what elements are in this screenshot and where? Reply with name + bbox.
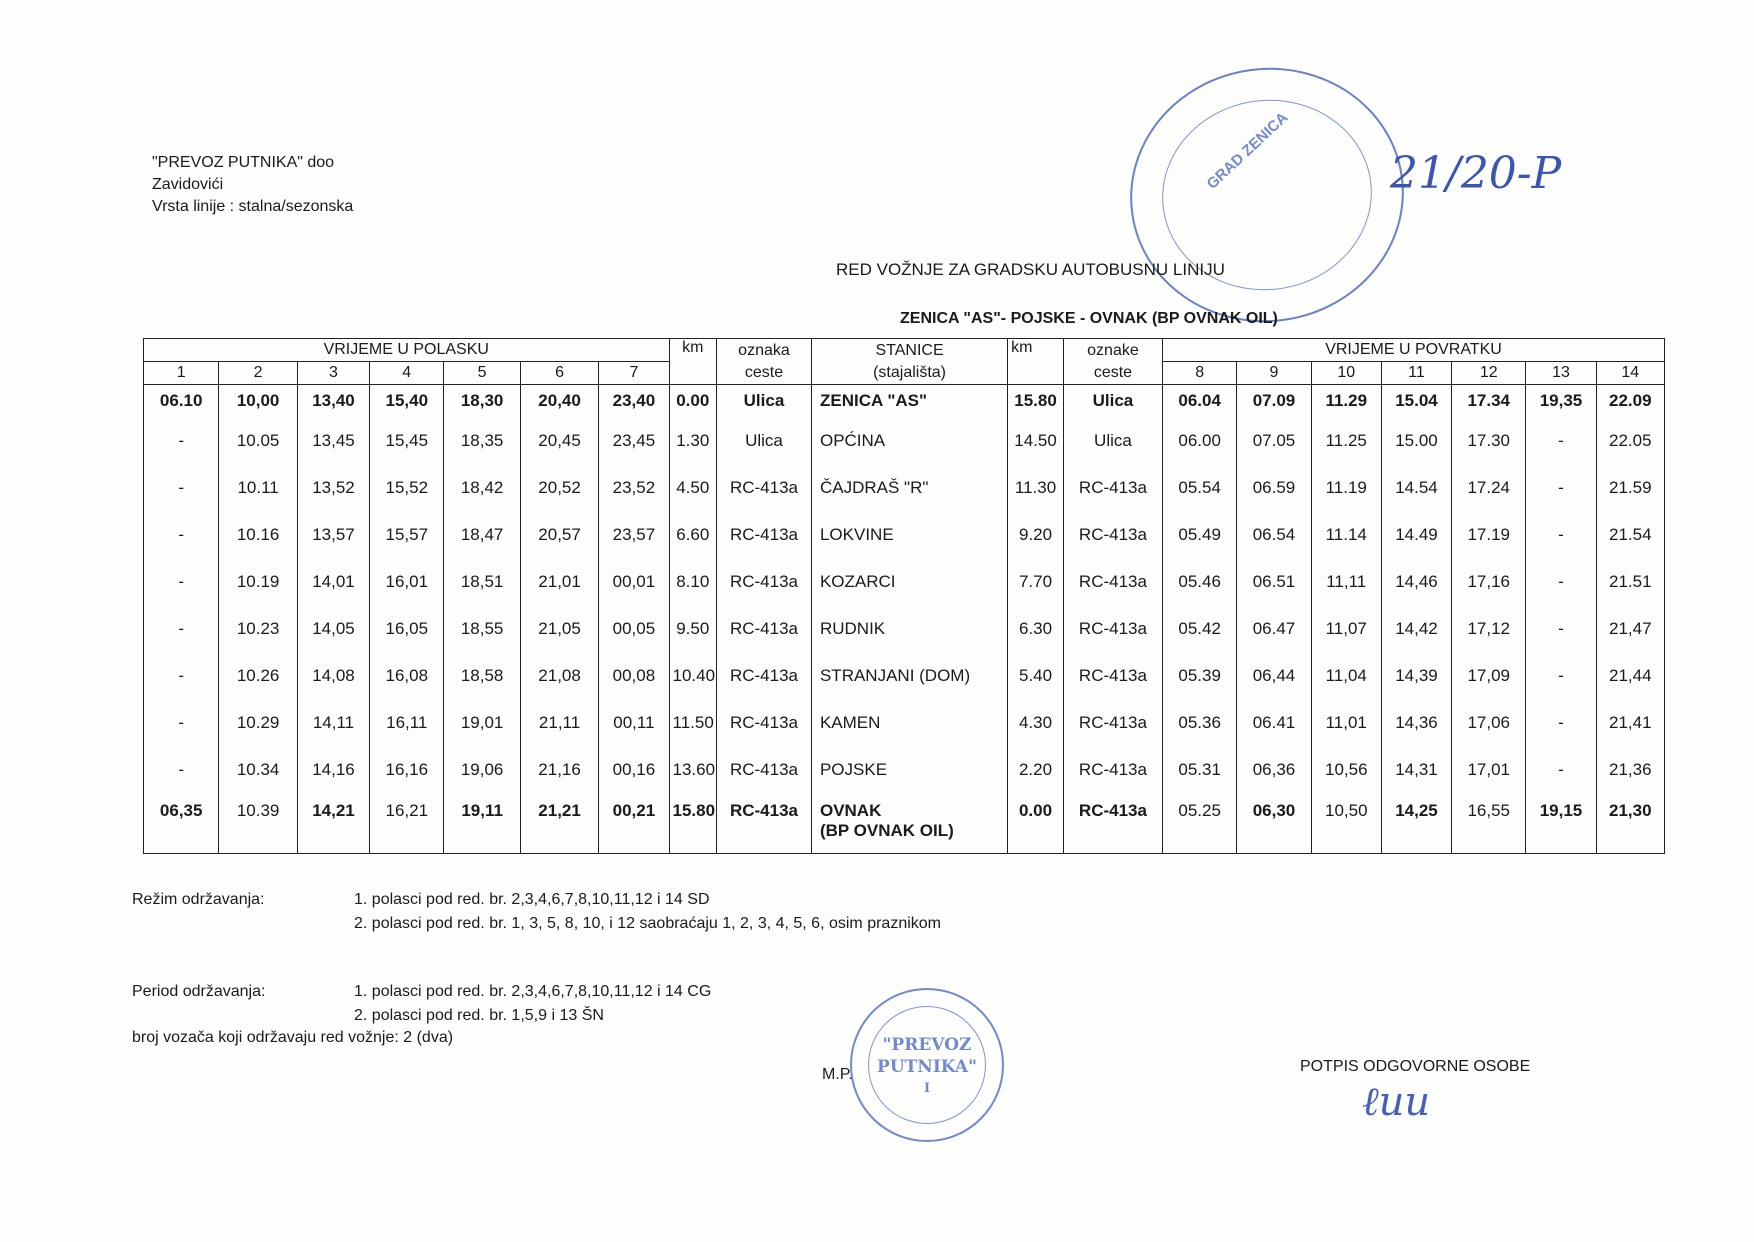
departure-time: 13,52 [297,464,369,511]
departure-time: - [144,511,219,558]
station-label: RUDNIK [820,619,1004,639]
km-out: 4.50 [669,464,716,511]
km-back: 14.50 [1008,417,1064,464]
timetable: VRIJEME U POLASKU km oznaka ceste STANIC… [143,338,1665,854]
return-time: 06.54 [1237,511,1311,558]
departure-time: 21,21 [520,793,598,854]
return-number: 13 [1526,362,1596,385]
return-time: - [1526,605,1596,652]
return-time: - [1526,558,1596,605]
departure-time: 19,11 [444,793,520,854]
line-type: Vrsta linije : stalna/sezonska [152,196,353,218]
regime-item-1: 1. polasci pod red. br. 2,3,4,6,7,8,10,1… [354,888,941,912]
period-items: 1. polasci pod red. br. 2,3,4,6,7,8,10,1… [354,980,711,1028]
departure-time: 21,05 [520,605,598,652]
station-name: KAMEN [811,699,1007,746]
departure-time: 13,57 [297,511,369,558]
return-time: - [1526,652,1596,699]
departure-time: 13,40 [297,385,369,418]
departure-time: 16,11 [370,699,444,746]
return-time: - [1526,464,1596,511]
return-header: VRIJEME U POVRATKU [1163,339,1665,362]
regime-item-2: 2. polasci pod red. br. 1, 3, 5, 8, 10, … [354,912,941,936]
station-label: ČAJDRAŠ "R" [820,478,1004,498]
return-time: 22.05 [1596,417,1664,464]
departure-time: 10.39 [219,793,297,854]
return-number: 10 [1311,362,1381,385]
station-name: STRANJANI (DOM) [811,652,1007,699]
return-time: 14,31 [1381,746,1451,793]
return-time: 05.46 [1163,558,1237,605]
table-row: 06.1010,0013,4015,4018,3020,4023,400.00U… [144,385,1665,418]
station-label: KOZARCI [820,572,1004,592]
return-time: 07.05 [1237,417,1311,464]
return-time: 17.30 [1452,417,1526,464]
departure-time: 14,16 [297,746,369,793]
road-code-back: Ulica [1063,385,1162,418]
return-time: 21.51 [1596,558,1664,605]
departure-time: 20,45 [520,417,598,464]
return-number: 14 [1596,362,1664,385]
departure-time: 19,06 [444,746,520,793]
return-time: - [1526,699,1596,746]
return-time: 11.19 [1311,464,1381,511]
station-name: OVNAK(BP OVNAK OIL) [811,793,1007,854]
road-code-back: RC-413a [1063,746,1162,793]
departure-time: 10.34 [219,746,297,793]
table-row: -10.2614,0816,0818,5821,0800,0810.40RC-4… [144,652,1665,699]
return-time: 11,07 [1311,605,1381,652]
departure-time: 14,01 [297,558,369,605]
table-row: -10.2914,1116,1119,0121,1100,1111.50RC-4… [144,699,1665,746]
return-time: 17,01 [1452,746,1526,793]
departure-time: 15,40 [370,385,444,418]
return-time: 21.54 [1596,511,1664,558]
departure-time: 00,08 [599,652,669,699]
departure-time: 10.29 [219,699,297,746]
return-time: 11,11 [1311,558,1381,605]
return-time: 22.09 [1596,385,1664,418]
station-label: KAMEN [820,713,1004,733]
departure-number: 7 [599,362,669,385]
return-time: 15.04 [1381,385,1451,418]
road-code-back: RC-413a [1063,652,1162,699]
period-item-2: 2. polasci pod red. br. 1,5,9 i 13 ŠN [354,1004,711,1028]
departure-time: 10.11 [219,464,297,511]
regime-items: 1. polasci pod red. br. 2,3,4,6,7,8,10,1… [354,888,941,936]
return-time: 05.54 [1163,464,1237,511]
period-item-1: 1. polasci pod red. br. 2,3,4,6,7,8,10,1… [354,980,711,1004]
station-label: OPĆINA [820,431,1004,451]
departure-time: 14,11 [297,699,369,746]
departure-time: - [144,558,219,605]
km-out: 1.30 [669,417,716,464]
road-code-out: RC-413a [716,699,811,746]
return-time: 14,46 [1381,558,1451,605]
table-row: -10.1613,5715,5718,4720,5723,576.60RC-41… [144,511,1665,558]
handwritten-reference: 21/20-P [1390,148,1561,199]
road-code-back: RC-413a [1063,558,1162,605]
departure-number: 2 [219,362,297,385]
return-time: 21,30 [1596,793,1664,854]
departure-time: - [144,699,219,746]
station-name: OPĆINA [811,417,1007,464]
table-row: -10.0513,4515,4518,3520,4523,451.30Ulica… [144,417,1665,464]
departure-time: 15,57 [370,511,444,558]
km-back: 9.20 [1008,511,1064,558]
departure-time: 18,47 [444,511,520,558]
departure-number: 3 [297,362,369,385]
return-time: 14,39 [1381,652,1451,699]
stations-header-line2: (stajališta) [815,362,1004,384]
return-time: 05.42 [1163,605,1237,652]
return-time: 06.51 [1237,558,1311,605]
return-time: 07.09 [1237,385,1311,418]
departure-number: 1 [144,362,219,385]
return-time: 14.54 [1381,464,1451,511]
departure-time: 16,01 [370,558,444,605]
return-time: 06,44 [1237,652,1311,699]
departure-time: 18,42 [444,464,520,511]
departure-time: 18,35 [444,417,520,464]
departure-time: 10.23 [219,605,297,652]
km-back: 0.00 [1008,793,1064,854]
departure-time: 16,21 [370,793,444,854]
departure-time: 23,57 [599,511,669,558]
station-name: LOKVINE [811,511,1007,558]
road-code-out: RC-413a [716,464,811,511]
station-label: POJSKE [820,760,1004,780]
km-back: 6.30 [1008,605,1064,652]
departure-time: 14,08 [297,652,369,699]
return-time: 17,12 [1452,605,1526,652]
departure-time: 18,58 [444,652,520,699]
departure-time: 00,16 [599,746,669,793]
km-back: 7.70 [1008,558,1064,605]
return-time: 14,42 [1381,605,1451,652]
departure-time: 16,16 [370,746,444,793]
official-stamp: GRAD ZENICA [1114,50,1421,340]
return-time: 21,36 [1596,746,1664,793]
km-out: 9.50 [669,605,716,652]
regime-label: Režim održavanja: [132,888,332,912]
road-code-out: RC-413a [716,511,811,558]
return-time: 14.49 [1381,511,1451,558]
return-number: 9 [1237,362,1311,385]
return-time: - [1526,511,1596,558]
road-code-out: Ulica [716,417,811,464]
mp-label: M.P. [822,1066,853,1084]
stamp-line-1: "PREVOZ [852,1034,1002,1056]
return-time: 10,56 [1311,746,1381,793]
return-time: 05.49 [1163,511,1237,558]
departure-time: 18,55 [444,605,520,652]
return-number: 8 [1163,362,1237,385]
departure-time: 13,45 [297,417,369,464]
table-row: -10.1914,0116,0118,5121,0100,018.10RC-41… [144,558,1665,605]
return-time: 06,30 [1237,793,1311,854]
company-stamp: "PREVOZ PUTNIKA" I [850,988,1004,1142]
departure-time: 00,21 [599,793,669,854]
table-row: -10.1113,5215,5218,4220,5223,524.50RC-41… [144,464,1665,511]
return-time: 11.14 [1311,511,1381,558]
km-out: 15.80 [669,793,716,854]
station-name: ZENICA "AS" [811,385,1007,418]
km-out: 8.10 [669,558,716,605]
period-label: Period održavanja: [132,980,332,1004]
km-out: 0.00 [669,385,716,418]
departure-time: 00,01 [599,558,669,605]
return-time: - [1526,417,1596,464]
departure-time: 23,45 [599,417,669,464]
return-time: 05.25 [1163,793,1237,854]
return-time: 21,41 [1596,699,1664,746]
company-name: "PREVOZ PUTNIKA" doo [152,152,353,174]
stamp-line-3: I [852,1078,1002,1100]
return-time: 17,16 [1452,558,1526,605]
return-time: 05.39 [1163,652,1237,699]
km-back: 15.80 [1008,385,1064,418]
road-code-back: RC-413a [1063,605,1162,652]
departure-number: 4 [370,362,444,385]
departure-time: 06.10 [144,385,219,418]
road-code-back: Ulica [1063,417,1162,464]
departure-time: 20,40 [520,385,598,418]
departure-time: 21,01 [520,558,598,605]
station-label-line2: (BP OVNAK OIL) [820,821,1004,841]
departure-time: - [144,417,219,464]
stations-header-line1: STANICE [815,340,1004,362]
km-back: 2.20 [1008,746,1064,793]
departure-time: 16,05 [370,605,444,652]
return-time: 21,47 [1596,605,1664,652]
return-time: 15.00 [1381,417,1451,464]
return-time: 06.41 [1237,699,1311,746]
station-label: STRANJANI (DOM) [820,666,1004,686]
return-time: - [1526,746,1596,793]
station-name: KOZARCI [811,558,1007,605]
company-city: Zavidovići [152,174,353,196]
return-time: 06.47 [1237,605,1311,652]
return-time: 06.00 [1163,417,1237,464]
return-time: 21.59 [1596,464,1664,511]
departure-time: 18,30 [444,385,520,418]
departure-time: - [144,605,219,652]
km-out: 6.60 [669,511,716,558]
stamp-center-text: "PREVOZ PUTNIKA" I [852,1034,1002,1100]
road-code-out: RC-413a [716,558,811,605]
route-title: ZENICA "AS"- POJSKE - OVNAK (BP OVNAK OI… [900,310,1278,328]
km-back: 11.30 [1008,464,1064,511]
departure-time: - [144,746,219,793]
station-label: OVNAK [820,801,1004,821]
table-row: -10.3414,1616,1619,0621,1600,1613.60RC-4… [144,746,1665,793]
drivers-count: broj vozača koji održavaju red vožnje: 2… [132,1026,732,1050]
return-time: 14,36 [1381,699,1451,746]
road-code-out: RC-413a [716,652,811,699]
km-out-header: km [669,339,716,385]
return-time: 17,06 [1452,699,1526,746]
departure-time: 00,05 [599,605,669,652]
km-out: 10.40 [669,652,716,699]
return-time: 16,55 [1452,793,1526,854]
departure-time: 10,00 [219,385,297,418]
departure-header: VRIJEME U POLASKU [144,339,670,362]
station-label: ZENICA "AS" [820,391,1004,411]
return-time: 05.31 [1163,746,1237,793]
stamp-line-2: PUTNIKA" [852,1056,1002,1078]
departure-time: 21,08 [520,652,598,699]
departure-time: 15,45 [370,417,444,464]
departure-time: 23,52 [599,464,669,511]
km-back-header: km [1008,339,1064,385]
km-out: 13.60 [669,746,716,793]
return-time: 11.25 [1311,417,1381,464]
departure-time: 10.16 [219,511,297,558]
km-back: 5.40 [1008,652,1064,699]
return-time: 06,36 [1237,746,1311,793]
road-code-out: RC-413a [716,746,811,793]
road-out-header: oznaka ceste [716,339,811,385]
station-name: RUDNIK [811,605,1007,652]
return-time: 10,50 [1311,793,1381,854]
km-out: 11.50 [669,699,716,746]
return-time: 11,04 [1311,652,1381,699]
table-row: 06,3510.3914,2116,2119,1121,2100,2115.80… [144,793,1665,854]
return-time: 14,25 [1381,793,1451,854]
signature: ℓuu [1362,1078,1430,1125]
road-code-back: RC-413a [1063,793,1162,854]
return-number: 12 [1452,362,1526,385]
departure-number: 6 [520,362,598,385]
departure-time: - [144,464,219,511]
departure-time: 23,40 [599,385,669,418]
departure-time: 06,35 [144,793,219,854]
station-name: ČAJDRAŠ "R" [811,464,1007,511]
road-code-back: RC-413a [1063,699,1162,746]
station-label: LOKVINE [820,525,1004,545]
departure-time: 20,57 [520,511,598,558]
return-time: 17.34 [1452,385,1526,418]
departure-time: 16,08 [370,652,444,699]
return-time: 06.59 [1237,464,1311,511]
stations-header: STANICE (stajališta) [811,339,1007,385]
departure-time: 21,16 [520,746,598,793]
road-code-out: Ulica [716,385,811,418]
departure-time: 15,52 [370,464,444,511]
departure-time: 21,11 [520,699,598,746]
departure-time: 19,01 [444,699,520,746]
station-name: POJSKE [811,746,1007,793]
departure-time: 14,05 [297,605,369,652]
road-code-out: RC-413a [716,605,811,652]
departure-time: 10.26 [219,652,297,699]
departure-time: 18,51 [444,558,520,605]
road-code-back: RC-413a [1063,511,1162,558]
departure-time: 10.19 [219,558,297,605]
return-time: 11.29 [1311,385,1381,418]
signature-label: POTPIS ODGOVORNE OSOBE [1300,1058,1530,1076]
return-time: 17,09 [1452,652,1526,699]
departure-number: 5 [444,362,520,385]
departure-time: - [144,652,219,699]
table-row: -10.2314,0516,0518,5521,0500,059.50RC-41… [144,605,1665,652]
document-title: RED VOŽNJE ZA GRADSKU AUTOBUSNU LINIJU [836,260,1225,280]
departure-time: 00,11 [599,699,669,746]
return-time: 11,01 [1311,699,1381,746]
departure-time: 10.05 [219,417,297,464]
return-time: 21,44 [1596,652,1664,699]
return-time: 05.36 [1163,699,1237,746]
return-time: 19,35 [1526,385,1596,418]
road-code-out: RC-413a [716,793,811,854]
return-time: 19,15 [1526,793,1596,854]
road-back-header: oznake ceste [1063,339,1162,385]
departure-time: 14,21 [297,793,369,854]
km-back: 4.30 [1008,699,1064,746]
return-time: 17.24 [1452,464,1526,511]
return-time: 06.04 [1163,385,1237,418]
departure-time: 20,52 [520,464,598,511]
return-number: 11 [1381,362,1451,385]
return-time: 17.19 [1452,511,1526,558]
road-code-back: RC-413a [1063,464,1162,511]
company-header: "PREVOZ PUTNIKA" doo Zavidovići Vrsta li… [152,152,353,218]
